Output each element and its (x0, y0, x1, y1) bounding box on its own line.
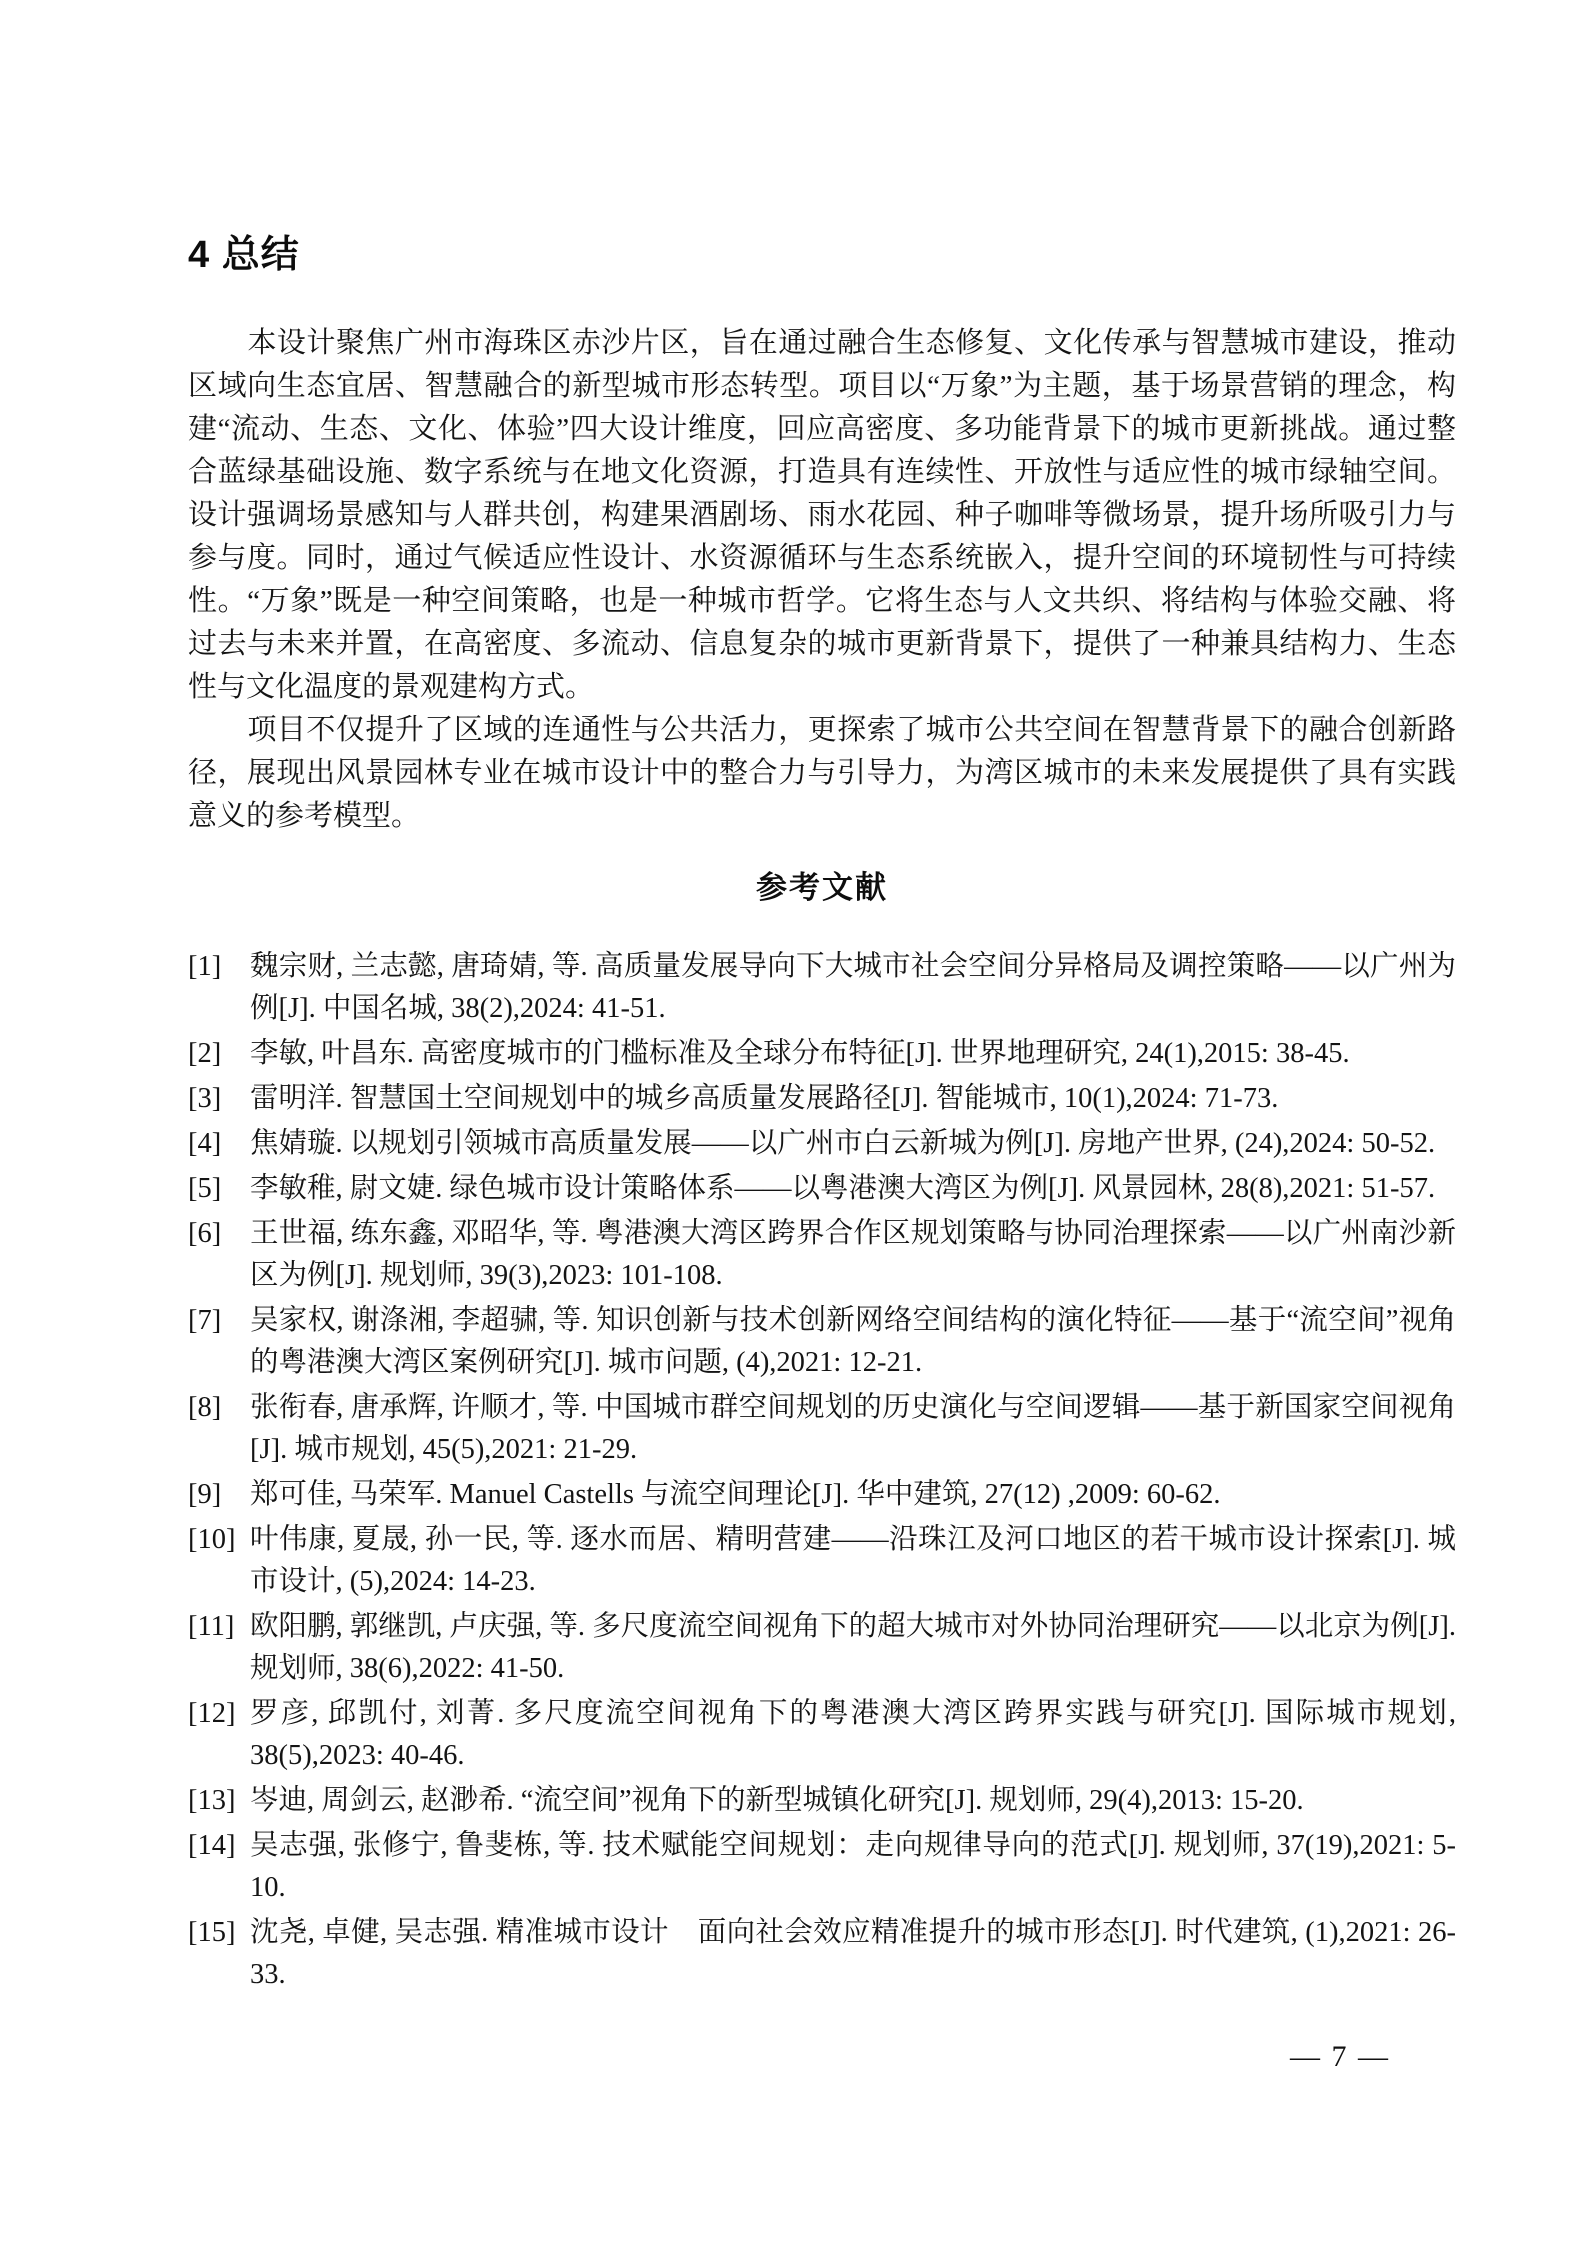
reference-text: 岑迪, 周剑云, 赵渺希. “流空间”视角下的新型城镇化研究[J]. 规划师, … (250, 1785, 1304, 1816)
reference-item: [12]罗彦, 邱凯付, 刘菁. 多尺度流空间视角下的粤港澳大湾区跨界实践与研究… (188, 1693, 1456, 1777)
references-heading: 参考文献 (188, 868, 1456, 908)
reference-item: [1]魏宗财, 兰志懿, 唐琦婧, 等. 高质量发展导向下大城市社会空间分异格局… (188, 946, 1456, 1030)
reference-text: 魏宗财, 兰志懿, 唐琦婧, 等. 高质量发展导向下大城市社会空间分异格局及调控… (250, 951, 1456, 1024)
reference-item: [3]雷明洋. 智慧国土空间规划中的城乡高质量发展路径[J]. 智能城市, 10… (188, 1078, 1456, 1120)
reference-label: [6] (188, 1213, 221, 1255)
reference-item: [8]张衔春, 唐承辉, 许顺才, 等. 中国城市群空间规划的历史演化与空间逻辑… (188, 1387, 1456, 1471)
reference-label: [9] (188, 1474, 221, 1516)
summary-section: 本设计聚焦广州市海珠区赤沙片区，旨在通过融合生态修复、文化传承与智慧城市建设，推… (188, 322, 1456, 838)
reference-label: [4] (188, 1123, 221, 1165)
reference-text: 王世福, 练东鑫, 邓昭华, 等. 粤港澳大湾区跨界合作区规划策略与协同治理探索… (250, 1218, 1456, 1291)
reference-text: 焦婧璇. 以规划引领城市高质量发展——以广州市白云新城为例[J]. 房地产世界,… (250, 1128, 1435, 1159)
reference-label: [14] (188, 1825, 235, 1867)
reference-item: [2]李敏, 叶昌东. 高密度城市的门槛标准及全球分布特征[J]. 世界地理研究… (188, 1033, 1456, 1075)
reference-text: 李敏, 叶昌东. 高密度城市的门槛标准及全球分布特征[J]. 世界地理研究, 2… (250, 1038, 1350, 1069)
reference-label: [5] (188, 1168, 221, 1210)
summary-paragraph-1: 本设计聚焦广州市海珠区赤沙片区，旨在通过融合生态修复、文化传承与智慧城市建设，推… (188, 322, 1456, 709)
reference-item: [10]叶伟康, 夏晟, 孙一民, 等. 逐水而居、精明营建——沿珠江及河口地区… (188, 1519, 1456, 1603)
reference-text: 张衔春, 唐承辉, 许顺才, 等. 中国城市群空间规划的历史演化与空间逻辑——基… (250, 1392, 1456, 1465)
reference-label: [15] (188, 1912, 235, 1954)
reference-text: 李敏稚, 尉文婕. 绿色城市设计策略体系——以粤港澳大湾区为例[J]. 风景园林… (250, 1173, 1435, 1204)
section-heading: 4 总结 (188, 232, 1456, 278)
document-page: 4 总结 本设计聚焦广州市海珠区赤沙片区，旨在通过融合生态修复、文化传承与智慧城… (0, 0, 1586, 2245)
reference-label: [8] (188, 1387, 221, 1429)
reference-text: 吴家权, 谢涤湘, 李超骕, 等. 知识创新与技术创新网络空间结构的演化特征——… (250, 1305, 1456, 1378)
reference-label: [2] (188, 1033, 221, 1075)
reference-item: [6]王世福, 练东鑫, 邓昭华, 等. 粤港澳大湾区跨界合作区规划策略与协同治… (188, 1213, 1456, 1297)
reference-label: [3] (188, 1078, 221, 1120)
reference-item: [7]吴家权, 谢涤湘, 李超骕, 等. 知识创新与技术创新网络空间结构的演化特… (188, 1300, 1456, 1384)
reference-text: 雷明洋. 智慧国土空间规划中的城乡高质量发展路径[J]. 智能城市, 10(1)… (250, 1083, 1278, 1114)
reference-text: 郑可佳, 马荣军. Manuel Castells 与流空间理论[J]. 华中建… (250, 1479, 1221, 1510)
summary-paragraph-2: 项目不仅提升了区域的连通性与公共活力，更探索了城市公共空间在智慧背景下的融合创新… (188, 709, 1456, 838)
reference-item: [9]郑可佳, 马荣军. Manuel Castells 与流空间理论[J]. … (188, 1474, 1456, 1516)
reference-label: [1] (188, 946, 221, 988)
references-list: [1]魏宗财, 兰志懿, 唐琦婧, 等. 高质量发展导向下大城市社会空间分异格局… (188, 946, 1456, 1996)
reference-text: 叶伟康, 夏晟, 孙一民, 等. 逐水而居、精明营建——沿珠江及河口地区的若干城… (250, 1524, 1456, 1597)
reference-label: [12] (188, 1693, 235, 1735)
reference-item: [13]岑迪, 周剑云, 赵渺希. “流空间”视角下的新型城镇化研究[J]. 规… (188, 1780, 1456, 1822)
reference-label: [13] (188, 1780, 235, 1822)
page-number: — 7 — (1290, 2038, 1390, 2076)
reference-label: [10] (188, 1519, 235, 1561)
reference-text: 欧阳鹏, 郭继凯, 卢庆强, 等. 多尺度流空间视角下的超大城市对外协同治理研究… (250, 1611, 1456, 1684)
reference-text: 罗彦, 邱凯付, 刘菁. 多尺度流空间视角下的粤港澳大湾区跨界实践与研究[J].… (250, 1698, 1456, 1771)
reference-item: [14]吴志强, 张修宁, 鲁斐栋, 等. 技术赋能空间规划：走向规律导向的范式… (188, 1825, 1456, 1909)
reference-text: 吴志强, 张修宁, 鲁斐栋, 等. 技术赋能空间规划：走向规律导向的范式[J].… (250, 1830, 1456, 1903)
reference-item: [5]李敏稚, 尉文婕. 绿色城市设计策略体系——以粤港澳大湾区为例[J]. 风… (188, 1168, 1456, 1210)
reference-item: [4]焦婧璇. 以规划引领城市高质量发展——以广州市白云新城为例[J]. 房地产… (188, 1123, 1456, 1165)
reference-item: [15]沈尧, 卓健, 吴志强. 精准城市设计 面向社会效应精准提升的城市形态[… (188, 1912, 1456, 1996)
reference-label: [11] (188, 1606, 234, 1648)
reference-label: [7] (188, 1300, 221, 1342)
reference-item: [11]欧阳鹏, 郭继凯, 卢庆强, 等. 多尺度流空间视角下的超大城市对外协同… (188, 1606, 1456, 1690)
reference-text: 沈尧, 卓健, 吴志强. 精准城市设计 面向社会效应精准提升的城市形态[J]. … (250, 1917, 1456, 1990)
